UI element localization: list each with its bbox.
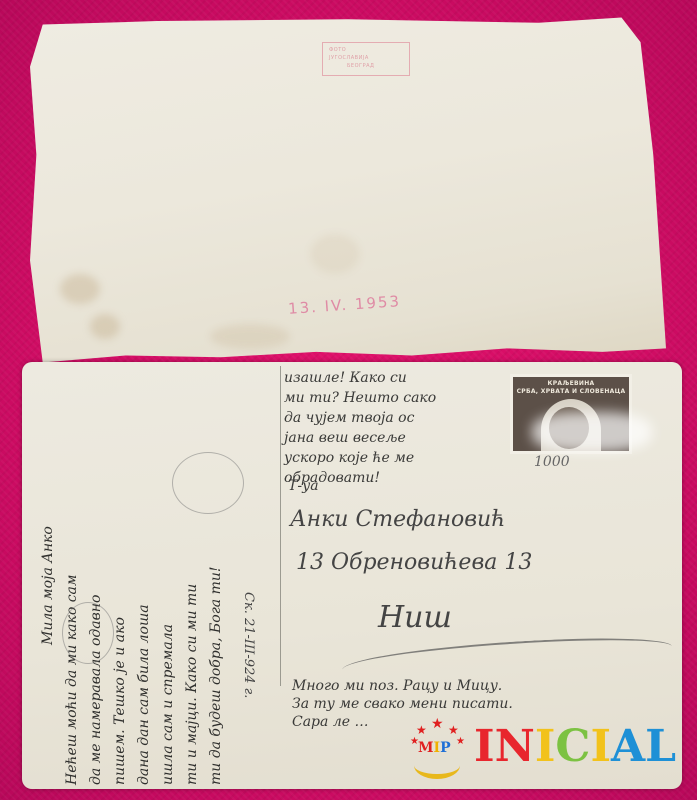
message-line: Мила моја Анко: [36, 375, 60, 785]
postage-stamp-text: КРАЉЕВИНА СРБА, ХРВАТА И СЛОВЕНАЦА: [513, 380, 629, 396]
brand-text: INICIAL: [474, 722, 676, 772]
star-icon: ★: [448, 724, 459, 736]
stain: [310, 234, 360, 274]
brand-letter: N: [495, 721, 535, 772]
stain: [90, 314, 120, 339]
message-line: изашле! Како си: [284, 368, 436, 388]
pen-swoosh: [341, 633, 672, 682]
stamp-text-line: КРАЉЕВИНА: [513, 380, 629, 388]
stamp-line: ЈУГОСЛАВИЈА: [329, 54, 403, 62]
stamp-line: БЕОГРАД: [329, 62, 403, 70]
brand-letter: A: [611, 721, 645, 772]
message-line: да чујем твоја ос: [284, 408, 436, 428]
message-line: пишем. Тешко је и ако: [108, 375, 132, 785]
postcard-divider: [280, 366, 281, 686]
brand-letter: L: [645, 721, 676, 772]
pencil-scribble: [62, 602, 114, 664]
message-line: дана дан сам била лоша: [132, 375, 156, 785]
stain: [60, 274, 100, 304]
message-line: ми ти? Нешто сако: [284, 388, 436, 408]
signoff: Т-уа: [288, 478, 319, 494]
mip-emblem: ★ ★ ★ ★ ★ MIP: [408, 718, 466, 776]
right-message: изашле! Како си ми ти? Нешто сако да чуј…: [284, 368, 436, 488]
address-name: Анки Стефановић: [290, 507, 505, 532]
address-street: 13 Обреновићева 13: [296, 550, 532, 575]
cancellation-smudge: [532, 412, 652, 452]
brand-letter: I: [590, 721, 611, 772]
star-icon: ★: [456, 736, 465, 748]
stamp-text-line: СРБА, ХРВАТА И СЛОВЕНАЦА: [513, 388, 629, 396]
stamp-handwritten-value: 1000: [534, 454, 570, 470]
message-line: ти и мајци. Како си ми ти: [180, 375, 204, 785]
stain: [210, 324, 290, 349]
message-line: Нећеш моћи да ми како сам: [60, 375, 84, 785]
pencil-scribble: [172, 452, 244, 514]
brand-letter: I: [535, 721, 556, 772]
studio-stamp: ФОТО ЈУГОСЛАВИЈА БЕОГРАД: [322, 42, 410, 76]
laurel-wreath-icon: [414, 752, 460, 779]
stamp-line: ФОТО: [329, 46, 403, 54]
star-icon: ★: [416, 724, 427, 736]
message-line: ишла сам и спремала: [156, 375, 180, 785]
message-line: јана веш весеље: [284, 428, 436, 448]
photo-back-card: ФОТО ЈУГОСЛАВИЈА БЕОГРАД 13. IV. 1953: [30, 14, 666, 366]
date-stamp: 13. IV. 1953: [288, 292, 402, 318]
inicial-watermark-logo: ★ ★ ★ ★ ★ MIP INICIAL: [408, 718, 678, 778]
date-note: Ск. 21-III-924 г.: [241, 592, 256, 698]
brand-letter: I: [474, 721, 495, 772]
star-icon: ★: [431, 718, 444, 730]
message-line: да ме намеравала одавно: [84, 375, 108, 785]
message-line: Много ми поз. Рацу и Мицу.: [292, 677, 513, 695]
left-message: Мила моја Анко Нећеш моћи да ми како сам…: [36, 375, 276, 785]
message-line: ти да будеш добра, Бога ти!: [204, 375, 228, 785]
message-line: ускоро које ће ме: [284, 448, 436, 468]
brand-letter: C: [555, 721, 590, 772]
address-city: Ниш: [378, 600, 452, 635]
message-line: За ту ме свако мени писати.: [292, 695, 513, 713]
